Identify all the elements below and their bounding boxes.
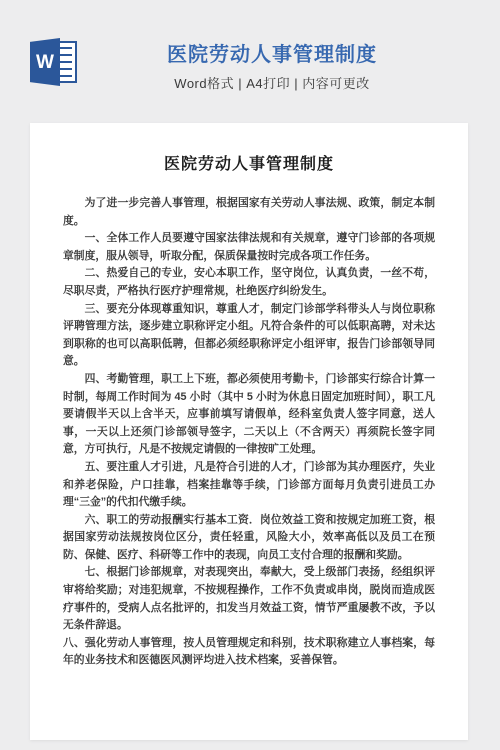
header: W 医院劳动人事管理制度 Word格式 | A4打印 | 内容可更改 — [0, 0, 500, 123]
header-subtitle: Word格式 | A4打印 | 内容可更改 — [80, 73, 464, 92]
word-w-letter: W — [36, 53, 54, 72]
doc-paragraph: 五、要注重人才引进，凡是符合引进的人才，门诊部为其办理医疗，失业和养老保险，户口… — [63, 459, 435, 512]
doc-paragraph: 为了进一步完善人事管理，根据国家有关劳动人事法规、政策，制定本制度。 — [63, 195, 435, 230]
doc-paragraph: 一、全体工作人员要遵守国家法律法规和有关规章，遵守门诊部的各项规章制度，服从领导… — [63, 230, 435, 265]
header-text: 医院劳动人事管理制度 Word格式 | A4打印 | 内容可更改 — [80, 0, 464, 92]
document-title: 医院劳动人事管理制度 — [63, 151, 435, 174]
word-document-page: 医院劳动人事管理制度 为了进一步完善人事管理，根据国家有关劳动人事法规、政策，制… — [30, 123, 468, 740]
word-logo-icon: W — [30, 38, 77, 86]
doc-paragraph: 三、要充分体现尊重知识，尊重人才，制定门诊部学科带头人与岗位职称评聘管理方法，逐… — [63, 301, 435, 371]
doc-paragraph: 八、强化劳动人事管理，按人员管理规定和科别，技术职称建立人事档案，每年的业务技术… — [63, 635, 435, 670]
page-background: { "colors": { "background": "#ededee", "… — [0, 0, 500, 750]
doc-paragraph: 六、职工的劳动报酬实行基本工资．岗位效益工资和按规定加班工资，根据国家劳动法规按… — [63, 512, 435, 565]
doc-paragraph: 四、考勤管理，职工上下班，都必须使用考勤卡，门诊部实行综合计算一时制，每周工作时… — [63, 371, 435, 459]
doc-paragraph: 七、根据门诊部规章，对表现突出，奉献大，受上级部门表扬，经组织评审将给奖励；对违… — [63, 564, 435, 634]
header-title: 医院劳动人事管理制度 — [80, 42, 464, 68]
doc-paragraph: 二、热爱自己的专业，安心本职工作，坚守岗位，认真负责，一丝不苟，尽职尽责，严格执… — [63, 265, 435, 300]
document-body: 为了进一步完善人事管理，根据国家有关劳动人事法规、政策，制定本制度。一、全体工作… — [63, 195, 435, 670]
word-w-face: W — [30, 38, 60, 86]
